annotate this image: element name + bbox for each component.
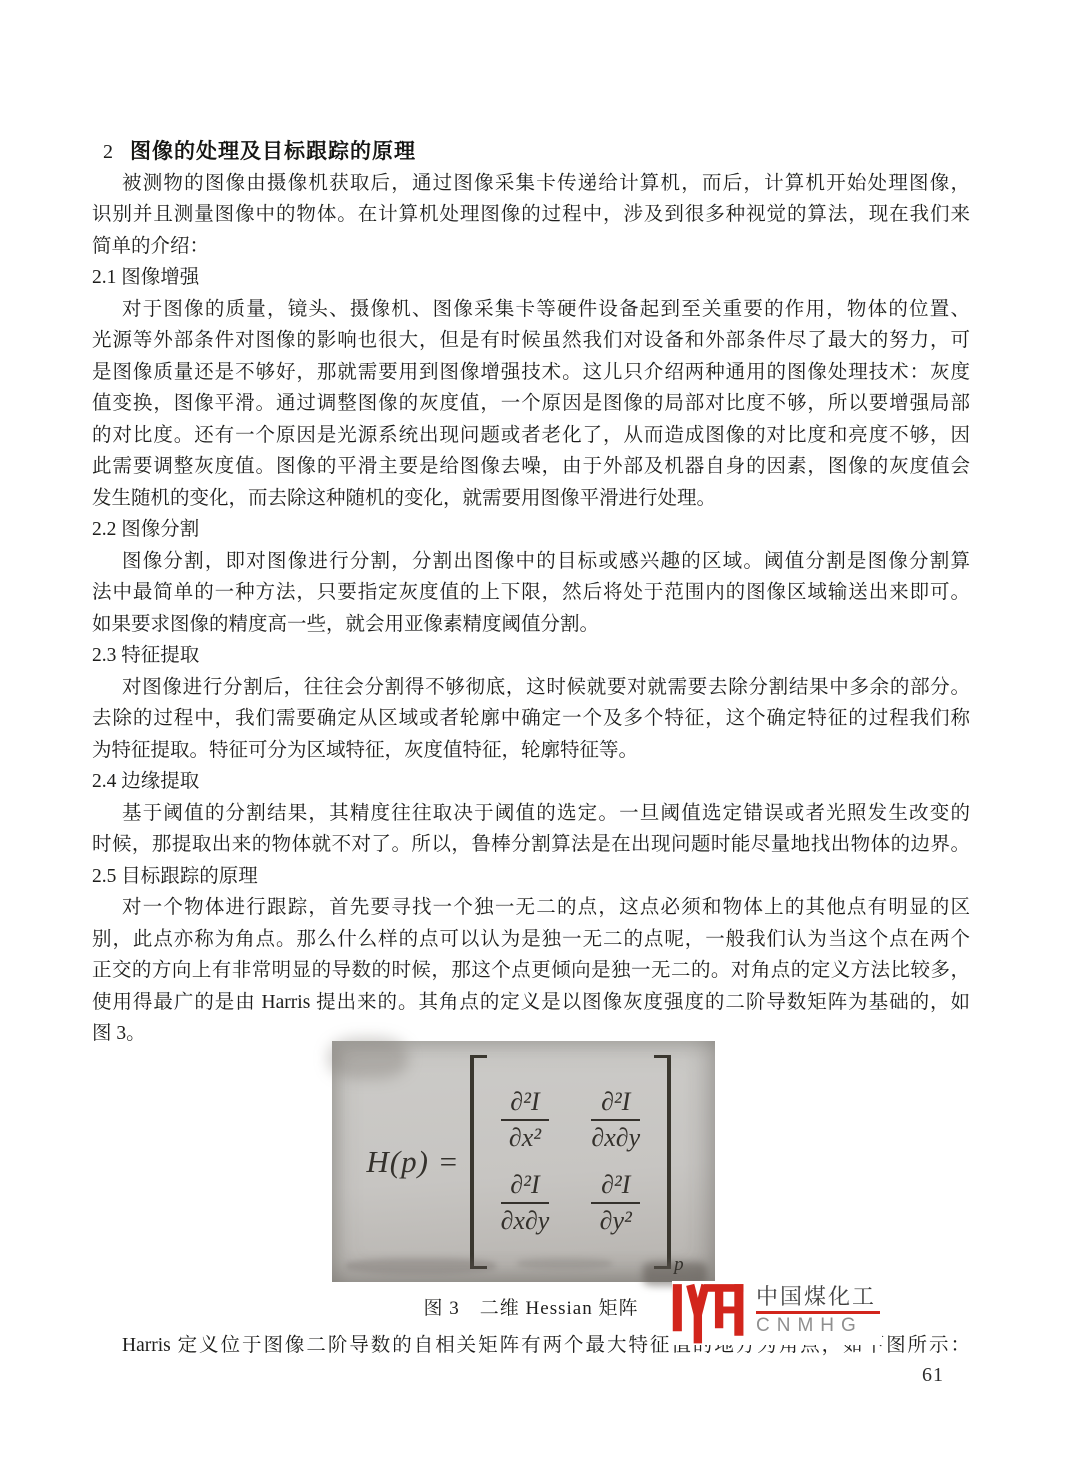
text-line: 基于阈值的分割结果，其精度往往取决于阈值的选定。一旦阈值选定错误或者光照发生改变… — [92, 798, 970, 830]
text-line: 使用得最广的是由 Harris 提出来的。其角点的定义是以图像灰度强度的二阶导数… — [92, 987, 970, 1019]
fraction-numerator: ∂²I — [591, 1086, 640, 1121]
figure-3-image: H(p) = ∂²I ∂x² ∂²I ∂x∂y ∂²I ∂x∂y ∂²I ∂y²… — [332, 1041, 715, 1282]
watermark-underline — [756, 1311, 880, 1314]
text-line: 是图像质量还是不够好，那就需要用到图像增强技术。这儿只介绍两种通用的图像处理技术… — [92, 357, 970, 389]
text-line: 2.4 边缘提取 — [92, 766, 970, 798]
watermark-text-block: 中国煤化工 CNMHG — [756, 1281, 880, 1337]
fraction-denominator: ∂x∂y — [501, 1204, 550, 1237]
text-line: 如果要求图像的精度高一些，就会用亚像素精度阈值分割。 — [92, 609, 970, 641]
heading-title: 图像的处理及目标跟踪的原理 — [130, 140, 416, 163]
heading-number: 2 — [92, 141, 113, 163]
text-line: 时候，那提取出来的物体就不对了。所以，鲁棒分割算法是在出现问题时能尽量地找出物体… — [92, 829, 970, 861]
text-line: 2.5 目标跟踪的原理 — [92, 861, 970, 893]
document-page: { "page": { "number": "61" }, "content":… — [0, 0, 1072, 1480]
text-line: 法中最简单的一种方法，只要指定灰度值的上下限，然后将处于范围内的图像区域输送出来… — [92, 577, 970, 609]
hessian-formula: H(p) = ∂²I ∂x² ∂²I ∂x∂y ∂²I ∂x∂y ∂²I ∂y²… — [366, 1055, 680, 1269]
fraction-denominator: ∂x² — [501, 1121, 550, 1154]
matrix-right-bracket — [654, 1055, 671, 1269]
matrix-subscript: p — [674, 1254, 684, 1276]
text-line: 图像分割，即对图像进行分割，分割出图像中的目标或感兴趣的区域。阈值分割是图像分割… — [92, 546, 970, 578]
matrix-cell: ∂²I ∂x² — [501, 1086, 550, 1154]
matrix-cell: ∂²I ∂x∂y — [591, 1086, 640, 1154]
text-line: 2图像的处理及目标跟踪的原理 — [92, 136, 970, 168]
text-line: 光源等外部条件对图像的影响也很大，但是有时候虽然我们对设备和外部条件尽了最大的努… — [92, 325, 970, 357]
text-line: 2.1 图像增强 — [92, 262, 970, 294]
text-line: 发生随机的变化，而去除这种随机的变化，就需要用图像平滑进行处理。 — [92, 483, 970, 515]
text-line: 别，此点亦称为角点。那么什么样的点可以认为是独一无二的点呢，一般我们认为当这个点… — [92, 924, 970, 956]
watermark-subtitle: CNMHG — [756, 1315, 880, 1337]
matrix-cell: ∂²I ∂x∂y — [501, 1169, 550, 1237]
fraction-denominator: ∂y² — [591, 1204, 640, 1237]
text-line: 对于图像的质量，镜头、摄像机、图像采集卡等硬件设备起到至关重要的作用，物体的位置… — [92, 294, 970, 326]
fraction-numerator: ∂²I — [591, 1169, 640, 1204]
hessian-matrix: ∂²I ∂x² ∂²I ∂x∂y ∂²I ∂x∂y ∂²I ∂y² — [487, 1086, 655, 1237]
text-line: 对一个物体进行跟踪，首先要寻找一个独一无二的点，这点必须和物体上的其他点有明显的… — [92, 892, 970, 924]
matrix-cell: ∂²I ∂y² — [591, 1169, 640, 1237]
text-line: 被测物的图像由摄像机获取后，通过图像采集卡传递给计算机，而后，计算机开始处理图像… — [92, 168, 970, 200]
text-line: 为特征提取。特征可分为区域特征，灰度值特征，轮廓特征等。 — [92, 735, 970, 767]
fraction-numerator: ∂²I — [501, 1169, 550, 1204]
text-line: 此需要调整灰度值。图像的平滑主要是给图像去噪，由于外部及机器自身的因素，图像的灰… — [92, 451, 970, 483]
text-line: 去除的过程中，我们需要确定从区域或者轮廓中确定一个及多个特征，这个确定特征的过程… — [92, 703, 970, 735]
text-line: 正交的方向上有非常明显的导数的时候，那这个点更倾向是独一无二的。对角点的定义方法… — [92, 955, 970, 987]
cnmhg-logo-icon — [672, 1281, 748, 1345]
text-line: 2.2 图像分割 — [92, 514, 970, 546]
matrix-right-bracket-group: p — [654, 1055, 681, 1269]
page-number: 61 — [922, 1364, 944, 1387]
text-line: 的对比度。还有一个原因是光源系统出现问题或者老化了，从而造成图像的对比度和亮度不… — [92, 420, 970, 452]
watermark: 中国煤化工 CNMHG — [672, 1281, 882, 1345]
text-line: 值变换，图像平滑。通过调整图像的灰度值，一个原因是图像的局部对比度不够，所以要增… — [92, 388, 970, 420]
text-line: 识别并且测量图像中的物体。在计算机处理图像的过程中，涉及到很多种视觉的算法，现在… — [92, 199, 970, 231]
formula-lhs: H(p) = — [366, 1144, 459, 1180]
text-line: 对图像进行分割后，往往会分割得不够彻底，这时候就要对就需要去除分割结果中多余的部… — [92, 672, 970, 704]
fraction-denominator: ∂x∂y — [591, 1121, 640, 1154]
fraction-numerator: ∂²I — [501, 1086, 550, 1121]
watermark-title: 中国煤化工 — [756, 1284, 880, 1310]
text-line: 2.3 特征提取 — [92, 640, 970, 672]
text-line: 简单的介绍： — [92, 231, 970, 263]
matrix-left-bracket — [470, 1055, 487, 1269]
